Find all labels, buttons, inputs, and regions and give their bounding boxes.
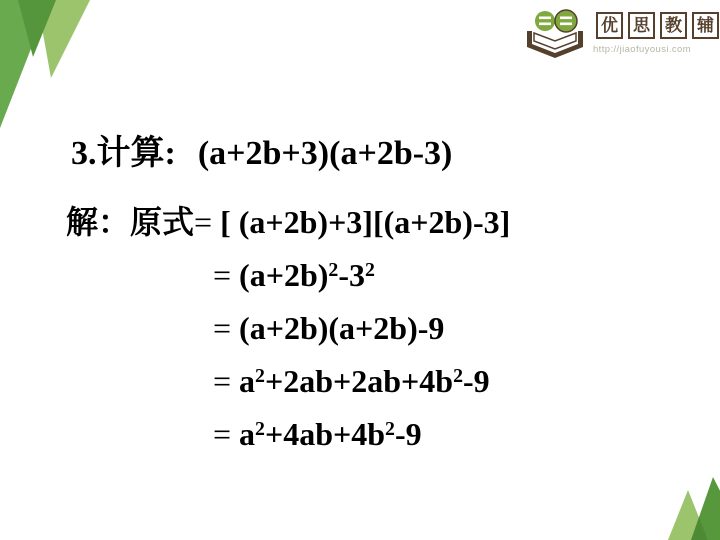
math-segment: +4ab+4b <box>265 416 385 452</box>
glasses-left-lens <box>535 11 555 31</box>
green-triangle-light <box>37 0 90 78</box>
equals-sign: = <box>213 363 231 399</box>
green-triangle-medium <box>0 0 50 128</box>
lens-line <box>539 17 551 20</box>
lens-line <box>539 23 551 26</box>
lens-line <box>560 17 572 20</box>
corner-decoration-bottom-right <box>668 477 720 540</box>
green-triangle-dark <box>691 477 720 540</box>
exponent: 2 <box>328 259 338 281</box>
exponent: 2 <box>255 418 265 440</box>
brand-char-box: 教 <box>660 12 687 39</box>
green-triangle-light <box>668 490 708 540</box>
glasses-right-lens <box>555 10 577 32</box>
math-segment: -3 <box>338 257 365 293</box>
book-pages <box>534 33 576 49</box>
math-segment: a <box>231 416 255 452</box>
exponent: 2 <box>255 365 265 387</box>
slide: 优 思 教 辅 http://jiaofuyousi.com 3.计算:(a+2… <box>0 0 720 540</box>
math-segment: -9 <box>395 416 422 452</box>
math-segment: +2ab+2ab+4b <box>265 363 453 399</box>
slide-title: 3.计算:(a+2b+3)(a+2b-3) <box>71 132 452 176</box>
solution-line: = (a+2b)(a+2b)-9 <box>66 302 510 355</box>
math-segment: (a+2b) <box>231 257 328 293</box>
math-segment: a <box>231 363 255 399</box>
brand-char-box: 优 <box>596 12 623 39</box>
exponent: 2 <box>453 365 463 387</box>
equals-sign: = <box>213 310 231 346</box>
math-segment: (a+2b)(a+2b)-9 <box>231 310 444 346</box>
logo-url: http://jiaofuyousi.com <box>593 44 691 55</box>
solution-line: 解：原式= [ (a+2b)+3][(a+2b)-3] <box>66 196 510 249</box>
logo-brand-name: 优 思 教 辅 <box>596 12 719 39</box>
brand-char-box: 思 <box>628 12 655 39</box>
green-triangle-dark <box>18 0 56 57</box>
green-triangle-overlap <box>691 517 708 540</box>
math-segment: -9 <box>463 363 490 399</box>
title-number-and-verb: 3.计算: <box>71 135 176 172</box>
math-segment: [ (a+2b)+3][(a+2b)-3] <box>212 204 510 240</box>
exponent: 2 <box>385 418 395 440</box>
corner-decoration-top-left <box>0 0 90 128</box>
equals-sign: = <box>213 257 231 293</box>
brand-char-box: 辅 <box>692 12 719 39</box>
lens-line <box>560 23 572 26</box>
solution-line: = (a+2b)2-32 <box>66 249 510 302</box>
equals-sign: = <box>213 416 231 452</box>
title-expression: (a+2b+3)(a+2b-3) <box>198 135 453 172</box>
solution-label: 解：原式 <box>66 204 194 240</box>
equals-sign: = <box>194 204 212 240</box>
solution-lines: 解：原式= [ (a+2b)+3][(a+2b)-3]= (a+2b)2-32=… <box>66 196 510 461</box>
solution-line: = a2+4ab+4b2-9 <box>66 408 510 461</box>
open-book-icon <box>520 8 590 60</box>
exponent: 2 <box>365 259 375 281</box>
solution-line: = a2+2ab+2ab+4b2-9 <box>66 355 510 408</box>
